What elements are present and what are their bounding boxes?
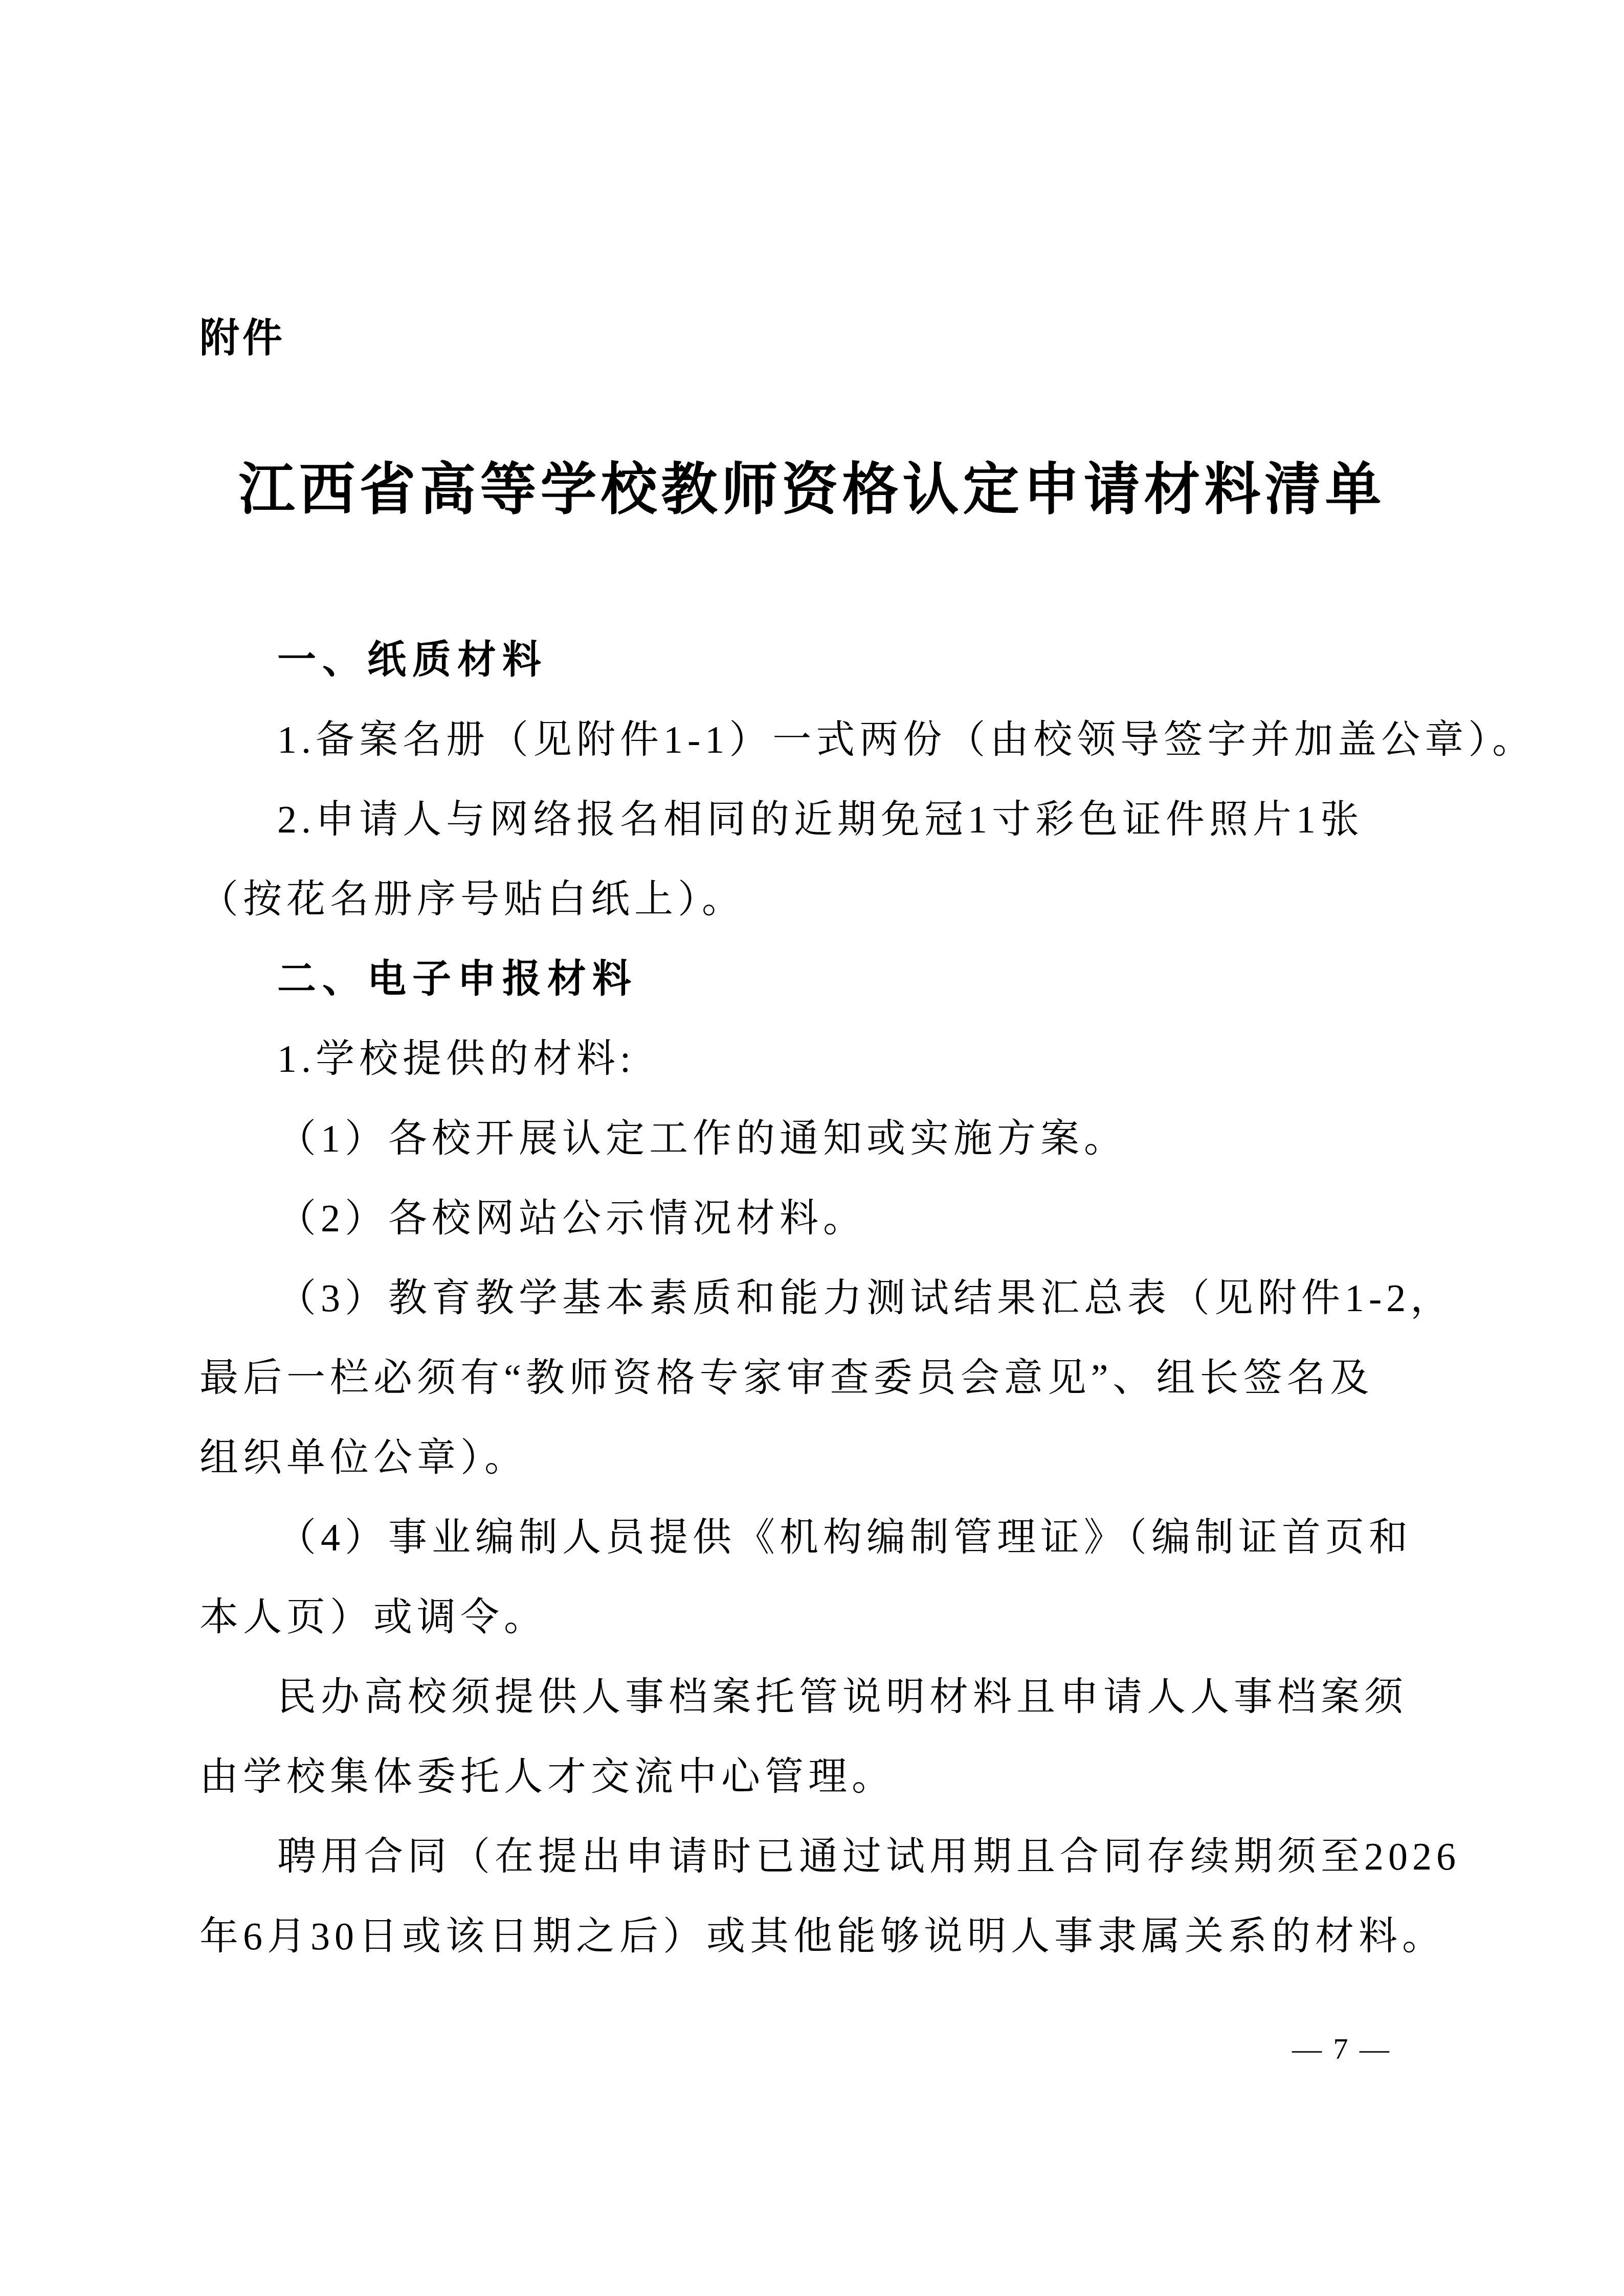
item-applicant-photo: 2.申请人与网络报名相同的近期免冠1寸彩色证件照片1张 [199,780,1432,860]
item-3-test-summary: （3）教育教学基本素质和能力测试结果汇总表（见附件1-2， [199,1258,1432,1338]
item-school-provided-intro: 1.学校提供的材料: [199,1019,1432,1099]
item-3-test-summary-cont-1: 最后一栏必须有“教师资格专家审查委员会意见”、组长签名及 [199,1338,1432,1418]
attachment-label: 附件 [199,318,285,358]
item-2-website-publicity: （2）各校网站公示情况材料。 [199,1179,1432,1258]
document-page: 附件 江西省高等学校教师资格认定申请材料清单 一、纸质材料 1.备案名册（见附件… [0,0,1624,2296]
page-number: — 7 — [1292,2034,1391,2064]
item-4-staffing-certificate-cont: 本人页）或调令。 [199,1578,1432,1657]
item-3-test-summary-cont-2: 组织单位公章）。 [199,1418,1432,1498]
item-4-staffing-certificate: （4）事业编制人员提供《机构编制管理证》（编制证首页和 [199,1498,1432,1578]
para-employment-contract-cont: 年6月30日或该日期之后）或其他能够说明人事隶属关系的材料。 [199,1897,1432,1976]
heading-electronic-materials: 二、电子申报材料 [199,939,1432,1019]
document-body: 一、纸质材料 1.备案名册（见附件1-1）一式两份（由校领导签字并加盖公章）。 … [199,620,1432,1976]
item-1-notice-or-plan: （1）各校开展认定工作的通知或实施方案。 [199,1099,1432,1179]
para-private-college-archives: 民办高校须提供人事档案托管说明材料且申请人人事档案须 [199,1657,1432,1737]
para-employment-contract: 聘用合同（在提出申请时已通过试用期且合同存续期须至2026 [199,1817,1432,1897]
heading-paper-materials: 一、纸质材料 [199,620,1432,700]
item-recordation-roster: 1.备案名册（见附件1-1）一式两份（由校领导签字并加盖公章）。 [199,700,1432,780]
document-title: 江西省高等学校教师资格认定申请材料清单 [0,459,1624,521]
item-applicant-photo-cont: （按花名册序号贴白纸上）。 [199,860,1432,939]
para-private-college-archives-cont: 由学校集体委托人才交流中心管理。 [199,1737,1432,1817]
